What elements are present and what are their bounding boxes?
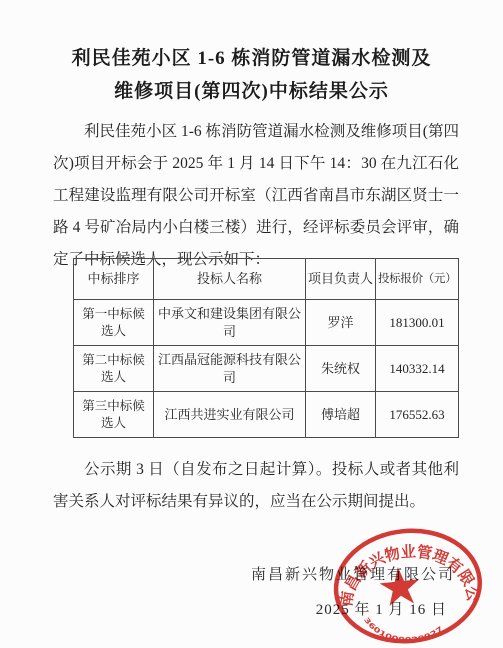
signature-company: 南昌新兴物业管理有限公司: [251, 563, 455, 584]
page-title-line2: 维修项目(第四次)中标结果公示: [0, 75, 503, 108]
cell-manager: 朱统权: [306, 346, 376, 392]
table-header-row: 中标排序 投标人名称 项目负责人 投标报价（元）: [74, 259, 459, 300]
table-row: 第一中标候选人 中承文和建设集团有限公司 罗洋 181300.01: [74, 300, 459, 346]
table-row: 第三中标候选人 江西共进实业有限公司 傅培超 176552.63: [74, 392, 459, 438]
opening-paragraph: 利民佳苑小区 1-6 栋消防管道漏水检测及维修项目(第四次)项目开标会于 202…: [53, 116, 459, 276]
header-rank: 中标排序: [74, 259, 154, 300]
cell-price: 181300.01: [376, 300, 459, 346]
header-price: 投标报价（元）: [376, 259, 459, 300]
header-manager: 项目负责人: [306, 259, 376, 300]
page-title-line1: 利民佳苑小区 1-6 栋消防管道漏水检测及: [0, 42, 503, 75]
cell-bidder: 江西晶冠能源科技有限公司: [154, 346, 306, 392]
signature-date: 2025 年 1 月 16 日: [316, 598, 447, 619]
cell-price: 140332.14: [376, 346, 459, 392]
cell-price: 176552.63: [376, 392, 459, 438]
page-title: 利民佳苑小区 1-6 栋消防管道漏水检测及 维修项目(第四次)中标结果公示: [0, 42, 503, 108]
cell-rank: 第二中标候选人: [74, 346, 154, 392]
cell-bidder: 中承文和建设集团有限公司: [154, 300, 306, 346]
cell-rank: 第三中标候选人: [74, 392, 154, 438]
table-row: 第二中标候选人 江西晶冠能源科技有限公司 朱统权 140332.14: [74, 346, 459, 392]
cell-manager: 罗洋: [306, 300, 376, 346]
cell-rank: 第一中标候选人: [74, 300, 154, 346]
announcement-page: 利民佳苑小区 1-6 栋消防管道漏水检测及 维修项目(第四次)中标结果公示 利民…: [0, 0, 503, 648]
seal-ring: [331, 524, 486, 648]
cell-bidder: 江西共进实业有限公司: [154, 392, 306, 438]
bid-results-table: 中标排序 投标人名称 项目负责人 投标报价（元） 第一中标候选人 中承文和建设集…: [73, 258, 459, 438]
cell-manager: 傅培超: [306, 392, 376, 438]
header-bidder: 投标人名称: [154, 259, 306, 300]
publicity-period-paragraph: 公示期 3 日（自发布之日起计算）。投标人或者其他利害关系人对评标结果有异议的，…: [53, 454, 459, 518]
